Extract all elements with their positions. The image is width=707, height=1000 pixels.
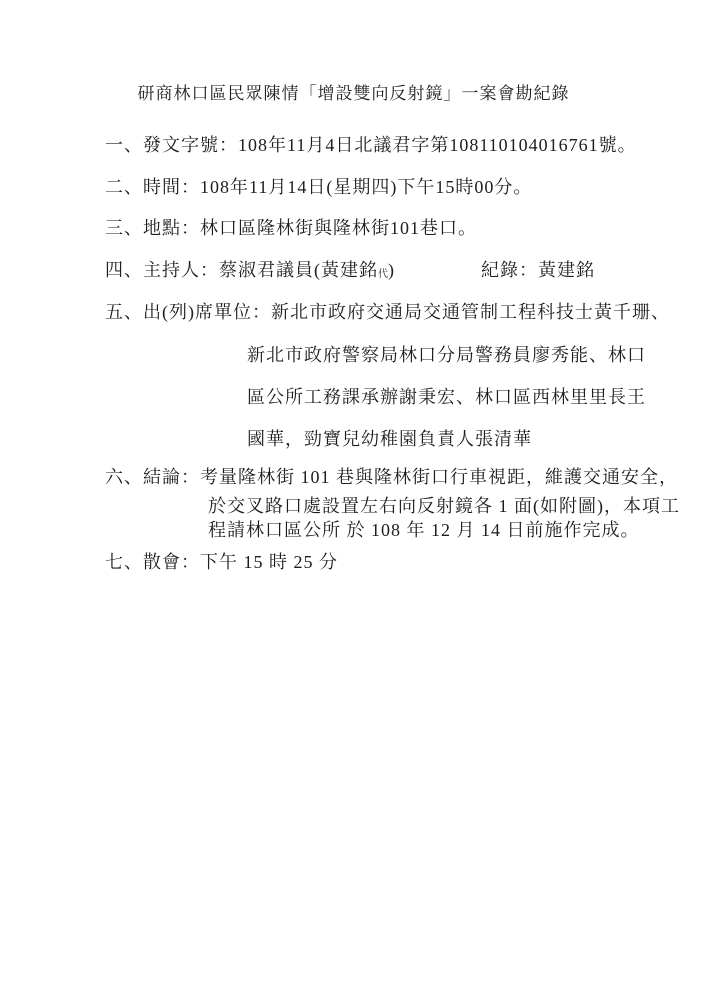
document-title: 研商林口區民眾陳情「增設雙向反射鏡」一案會勘紀錄 bbox=[0, 79, 707, 104]
item-attendees-line1: 新北市政府交通局交通管制工程科技士黃千珊、 bbox=[271, 302, 670, 322]
item-host: 四、主持人：蔡淑君議員(黃建銘代) bbox=[105, 259, 395, 285]
item-host-label: 四、主持人： bbox=[105, 260, 219, 280]
item-attendees-line3: 區公所工務課承辦謝秉宏、林口區西林里里長王 bbox=[247, 386, 646, 408]
item-location-text: 林口區隆林街與隆林街101巷口。 bbox=[200, 218, 477, 238]
item-issue-number: 一、發文字號：108年11月4日北議君字第108110104016761號。 bbox=[105, 134, 637, 156]
item-attendees: 五、出(列)席單位：新北市政府交通局交通管制工程科技士黃千珊、 bbox=[105, 301, 670, 323]
item-location-label: 三、地點： bbox=[105, 218, 200, 238]
item-conclusion-label: 六、結論： bbox=[105, 467, 200, 487]
item-host-name: 蔡淑君議員(黃建銘 bbox=[219, 260, 378, 280]
item-adjournment: 七、散會：下午 15 時 25 分 bbox=[105, 551, 338, 573]
item-attendees-line2: 新北市政府警察局林口分局警務員廖秀能、林口 bbox=[247, 344, 646, 366]
item-conclusion-line3: 程請林口區公所 於 108 年 12 月 14 日前施作完成。 bbox=[208, 519, 640, 541]
item-conclusion: 六、結論：考量隆林街 101 巷與隆林街口行車視距，維護交通安全， bbox=[105, 466, 678, 488]
item-attendees-line4: 國華，勁寶兒幼稚園負責人張清華 bbox=[247, 428, 532, 450]
item-conclusion-line2: 於交叉路口處設置左右向反射鏡各 1 面(如附圖)，本項工 bbox=[208, 495, 680, 517]
item-time: 二、時間：108年11月14日(星期四)下午15時00分。 bbox=[105, 176, 532, 198]
item-issue-number-text: 108年11月4日北議君字第108110104016761號。 bbox=[238, 135, 637, 155]
item-conclusion-line1: 考量隆林街 101 巷與隆林街口行車視距，維護交通安全， bbox=[200, 467, 678, 487]
item-issue-number-label: 一、發文字號： bbox=[105, 135, 238, 155]
recorder-note: 紀錄：黃建銘 bbox=[481, 259, 595, 281]
item-adjournment-label: 七、散會： bbox=[105, 552, 200, 572]
item-time-text: 108年11月14日(星期四)下午15時00分。 bbox=[200, 177, 532, 197]
item-host-deputy-mark: 代 bbox=[378, 269, 388, 280]
item-adjournment-text: 下午 15 時 25 分 bbox=[200, 552, 338, 572]
item-location: 三、地點：林口區隆林街與隆林街101巷口。 bbox=[105, 217, 477, 239]
item-attendees-label: 五、出(列)席單位： bbox=[105, 302, 271, 322]
item-host-close-paren: ) bbox=[388, 260, 395, 280]
item-time-label: 二、時間： bbox=[105, 177, 200, 197]
document-page: 研商林口區民眾陳情「增設雙向反射鏡」一案會勘紀錄 一、發文字號：108年11月4… bbox=[0, 0, 707, 1000]
